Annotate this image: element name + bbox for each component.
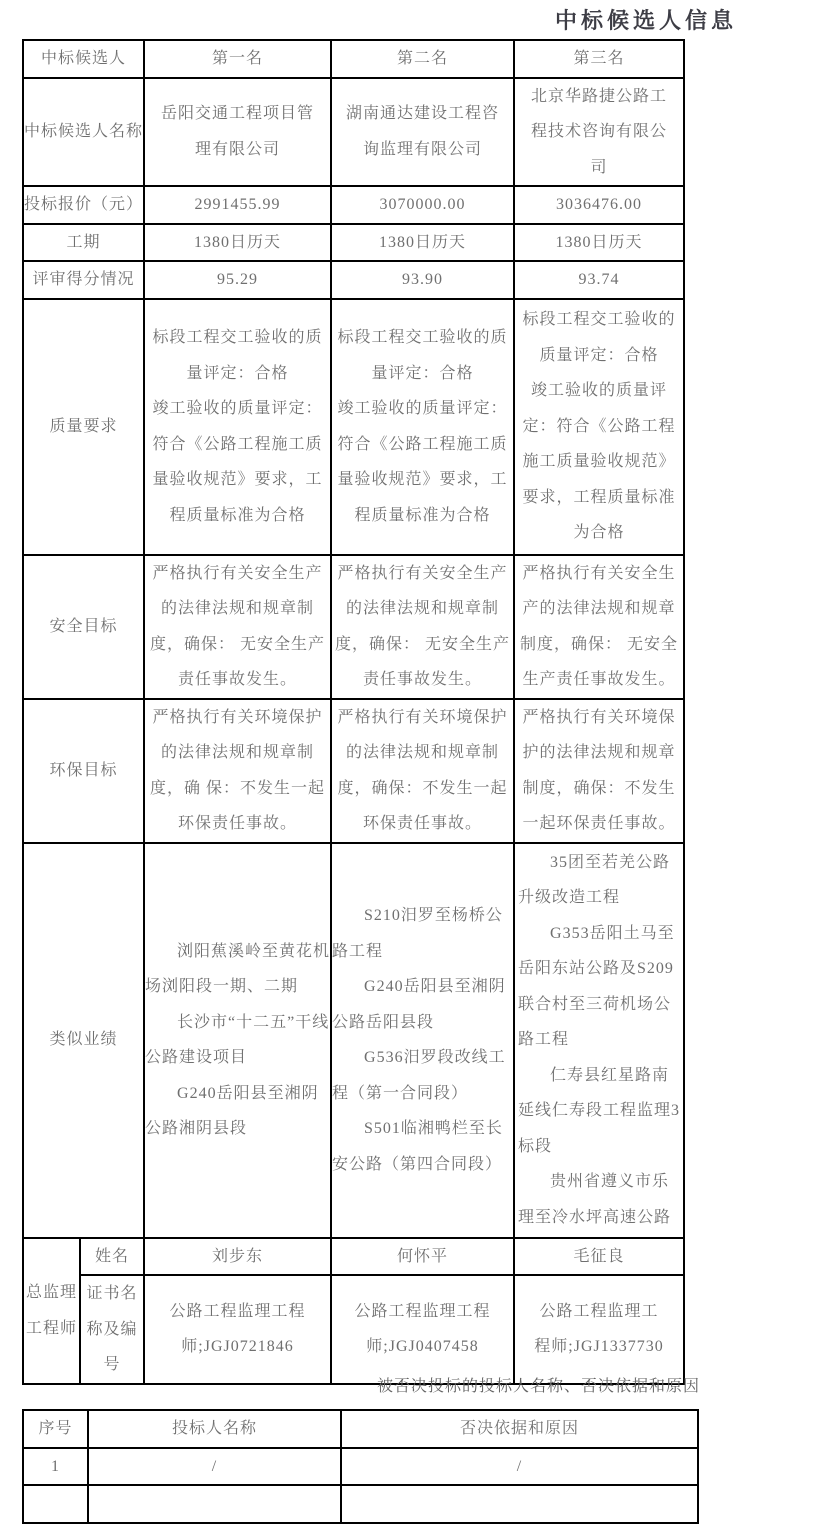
rejected-row-2	[23, 1485, 698, 1523]
similar-projects-2: S210汨罗至杨桥公路工程 G240岳阳县至湘阴公路岳阳县段 G536汨罗段改线…	[331, 843, 514, 1238]
rejected-2-index	[23, 1485, 88, 1523]
duration-1: 1380日历天	[144, 224, 331, 262]
rejected-header-index: 序号	[23, 1410, 88, 1448]
duration-2: 1380日历天	[331, 224, 514, 262]
row-label-environment: 环保目标	[23, 699, 144, 843]
row-label-quality: 质量要求	[23, 299, 144, 555]
environment-3: 严格执行有关环境保护的法律法规和规章制度，确保：不发生一起环保责任事故。	[514, 699, 684, 843]
bid-price-3: 3036476.00	[514, 186, 684, 224]
similar-2-p3: G536汨罗段改线工程（第一合同段）	[332, 1040, 513, 1111]
chief-engineer-cert-row: 证书名称及编号 公路工程监理工程师;JGJ0721846 公路工程监理工程师;J…	[23, 1275, 684, 1384]
safety-1-p1: 严格执行有关安全生产的法律法规和规章制度，确保： 无安全生产责任事故发生。	[147, 556, 328, 698]
quality-3-p2: 竣工验收的质量评定：符合《公路工程施工质量验收规范》要求，工程质量标准为合格	[517, 373, 681, 551]
rejected-1-bidder: /	[88, 1448, 341, 1486]
candidate-name-1: 岳阳交通工程项目管理有限公司	[144, 78, 331, 187]
row-label-engineer-name: 姓名	[80, 1238, 144, 1276]
similar-1-p2: 长沙市“十二五”干线公路建设项目	[145, 1005, 330, 1076]
environment-3-p1: 严格执行有关环境保护的法律法规和规章制度，确保：不发生一起环保责任事故。	[517, 700, 681, 842]
safety-2: 严格执行有关安全生产的法律法规和规章制度，确保： 无安全生产责任事故发生。	[331, 555, 514, 699]
header-candidate-label: 中标候选人	[23, 40, 144, 78]
quality-2: 标段工程交工验收的质量评定：合格 竣工验收的质量评定：符合《公路工程施工质量验收…	[331, 299, 514, 555]
similar-2-p1: S210汨罗至杨桥公路工程	[332, 898, 513, 969]
engineer-cert-2: 公路工程监理工程师;JGJ0407458	[331, 1275, 514, 1384]
chief-engineer-name-row: 总监理工程师 姓名 刘步东 何怀平 毛征良	[23, 1238, 684, 1276]
similar-3-p3: 仁寿县红星路南延线仁寿段工程监理3标段	[518, 1058, 680, 1165]
environment-2-p1: 严格执行有关环境保护的法律法规和规章制度，确保：不发生一起环保责任事故。	[334, 700, 511, 842]
bid-price-2: 3070000.00	[331, 186, 514, 224]
quality-1-p2: 竣工验收的质量评定：符合《公路工程施工质量验收规范》要求，工程质量标准为合格	[147, 391, 328, 533]
similar-projects-1: 浏阳蕉溪岭至黄花机场浏阳段一期、二期 长沙市“十二五”干线公路建设项目 G240…	[144, 843, 331, 1238]
environment-1-p1: 严格执行有关环境保护的法律法规和规章制度，确 保：不发生一起环保责任事故。	[147, 700, 328, 842]
row-label-safety: 安全目标	[23, 555, 144, 699]
environment-1: 严格执行有关环境保护的法律法规和规章制度，确 保：不发生一起环保责任事故。	[144, 699, 331, 843]
engineer-name-1: 刘步东	[144, 1238, 331, 1276]
quality-2-p2: 竣工验收的质量评定：符合《公路工程施工质量验收规范》要求，工程质量标准为合格	[334, 391, 511, 533]
rejected-2-bidder	[88, 1485, 341, 1523]
quality-3: 标段工程交工验收的质量评定：合格 竣工验收的质量评定：符合《公路工程施工质量验收…	[514, 299, 684, 555]
engineer-name-3: 毛征良	[514, 1238, 684, 1276]
similar-3-p2: G353岳阳土马至岳阳东站公路及S209联合村至三荷机场公路工程	[518, 916, 680, 1058]
engineer-cert-1: 公路工程监理工程师;JGJ0721846	[144, 1275, 331, 1384]
safety-2-p1: 严格执行有关安全生产的法律法规和规章制度，确保： 无安全生产责任事故发生。	[334, 556, 511, 698]
engineer-cert-3: 公路工程监理工程师;JGJ1337730	[514, 1275, 684, 1384]
quality-3-p1: 标段工程交工验收的质量评定：合格	[517, 302, 681, 373]
safety-3-p1: 严格执行有关安全生产的法律法规和规章制度，确保： 无安全生产责任事故发生。	[517, 556, 681, 698]
rejected-1-index: 1	[23, 1448, 88, 1486]
candidate-name-3: 北京华路捷公路工程技术咨询有限公司	[514, 78, 684, 187]
header-row: 中标候选人 第一名 第二名 第三名	[23, 40, 684, 78]
candidate-name-row: 中标候选人名称 岳阳交通工程项目管理有限公司 湖南通达建设工程咨询监理有限公司 …	[23, 78, 684, 187]
rejected-bids-caption: 被否决投标的投标人名称、否决依据和原因	[0, 1373, 700, 1396]
row-label-candidate-name: 中标候选人名称	[23, 78, 144, 187]
similar-2-p4: S501临湘鸭栏至长安公路（第四合同段）	[332, 1111, 513, 1182]
header-second-place: 第二名	[331, 40, 514, 78]
header-first-place: 第一名	[144, 40, 331, 78]
quality-1-p1: 标段工程交工验收的质量评定：合格	[147, 320, 328, 391]
row-label-bid-price: 投标报价（元）	[23, 186, 144, 224]
rejected-bids-table: 序号 投标人名称 否决依据和原因 1 / /	[22, 1409, 699, 1524]
row-label-chief-engineer: 总监理工程师	[23, 1238, 80, 1384]
similar-1-p1: 浏阳蕉溪岭至黄花机场浏阳段一期、二期	[145, 934, 330, 1005]
similar-2-p2: G240岳阳县至湘阴公路岳阳县段	[332, 969, 513, 1040]
similar-3-p4: 贵州省遵义市乐理至冷水坪高速公路	[518, 1164, 680, 1235]
bid-candidates-table: 中标候选人 第一名 第二名 第三名 中标候选人名称 岳阳交通工程项目管理有限公司…	[22, 39, 685, 1385]
rejected-row-1: 1 / /	[23, 1448, 698, 1486]
bid-price-row: 投标报价（元） 2991455.99 3070000.00 3036476.00	[23, 186, 684, 224]
rejected-header-bidder: 投标人名称	[88, 1410, 341, 1448]
score-3: 93.74	[514, 261, 684, 299]
score-2: 93.90	[331, 261, 514, 299]
environment-2: 严格执行有关环境保护的法律法规和规章制度，确保：不发生一起环保责任事故。	[331, 699, 514, 843]
header-third-place: 第三名	[514, 40, 684, 78]
duration-row: 工期 1380日历天 1380日历天 1380日历天	[23, 224, 684, 262]
score-1: 95.29	[144, 261, 331, 299]
similar-1-p3: G240岳阳县至湘阴公路湘阴县段	[145, 1076, 330, 1147]
rejected-header-row: 序号 投标人名称 否决依据和原因	[23, 1410, 698, 1448]
safety-row: 安全目标 严格执行有关安全生产的法律法规和规章制度，确保： 无安全生产责任事故发…	[23, 555, 684, 699]
candidate-name-2: 湖南通达建设工程咨询监理有限公司	[331, 78, 514, 187]
page-title: 中标候选人信息	[0, 4, 737, 35]
duration-3: 1380日历天	[514, 224, 684, 262]
similar-projects-row: 类似业绩 浏阳蕉溪岭至黄花机场浏阳段一期、二期 长沙市“十二五”干线公路建设项目…	[23, 843, 684, 1238]
engineer-name-2: 何怀平	[331, 1238, 514, 1276]
rejected-2-reason	[341, 1485, 698, 1523]
rejected-1-reason: /	[341, 1448, 698, 1486]
similar-projects-3: 35团至若羌公路升级改造工程 G353岳阳土马至岳阳东站公路及S209联合村至三…	[514, 843, 684, 1238]
quality-2-p1: 标段工程交工验收的质量评定：合格	[334, 320, 511, 391]
environment-row: 环保目标 严格执行有关环境保护的法律法规和规章制度，确 保：不发生一起环保责任事…	[23, 699, 684, 843]
row-label-duration: 工期	[23, 224, 144, 262]
quality-1: 标段工程交工验收的质量评定：合格 竣工验收的质量评定：符合《公路工程施工质量验收…	[144, 299, 331, 555]
safety-1: 严格执行有关安全生产的法律法规和规章制度，确保： 无安全生产责任事故发生。	[144, 555, 331, 699]
similar-3-p1: 35团至若羌公路升级改造工程	[518, 845, 680, 916]
score-row: 评审得分情况 95.29 93.90 93.74	[23, 261, 684, 299]
row-label-similar-projects: 类似业绩	[23, 843, 144, 1238]
rejected-header-reason: 否决依据和原因	[341, 1410, 698, 1448]
safety-3: 严格执行有关安全生产的法律法规和规章制度，确保： 无安全生产责任事故发生。	[514, 555, 684, 699]
row-label-score: 评审得分情况	[23, 261, 144, 299]
row-label-certificate: 证书名称及编号	[80, 1275, 144, 1384]
quality-row: 质量要求 标段工程交工验收的质量评定：合格 竣工验收的质量评定：符合《公路工程施…	[23, 299, 684, 555]
bid-price-1: 2991455.99	[144, 186, 331, 224]
